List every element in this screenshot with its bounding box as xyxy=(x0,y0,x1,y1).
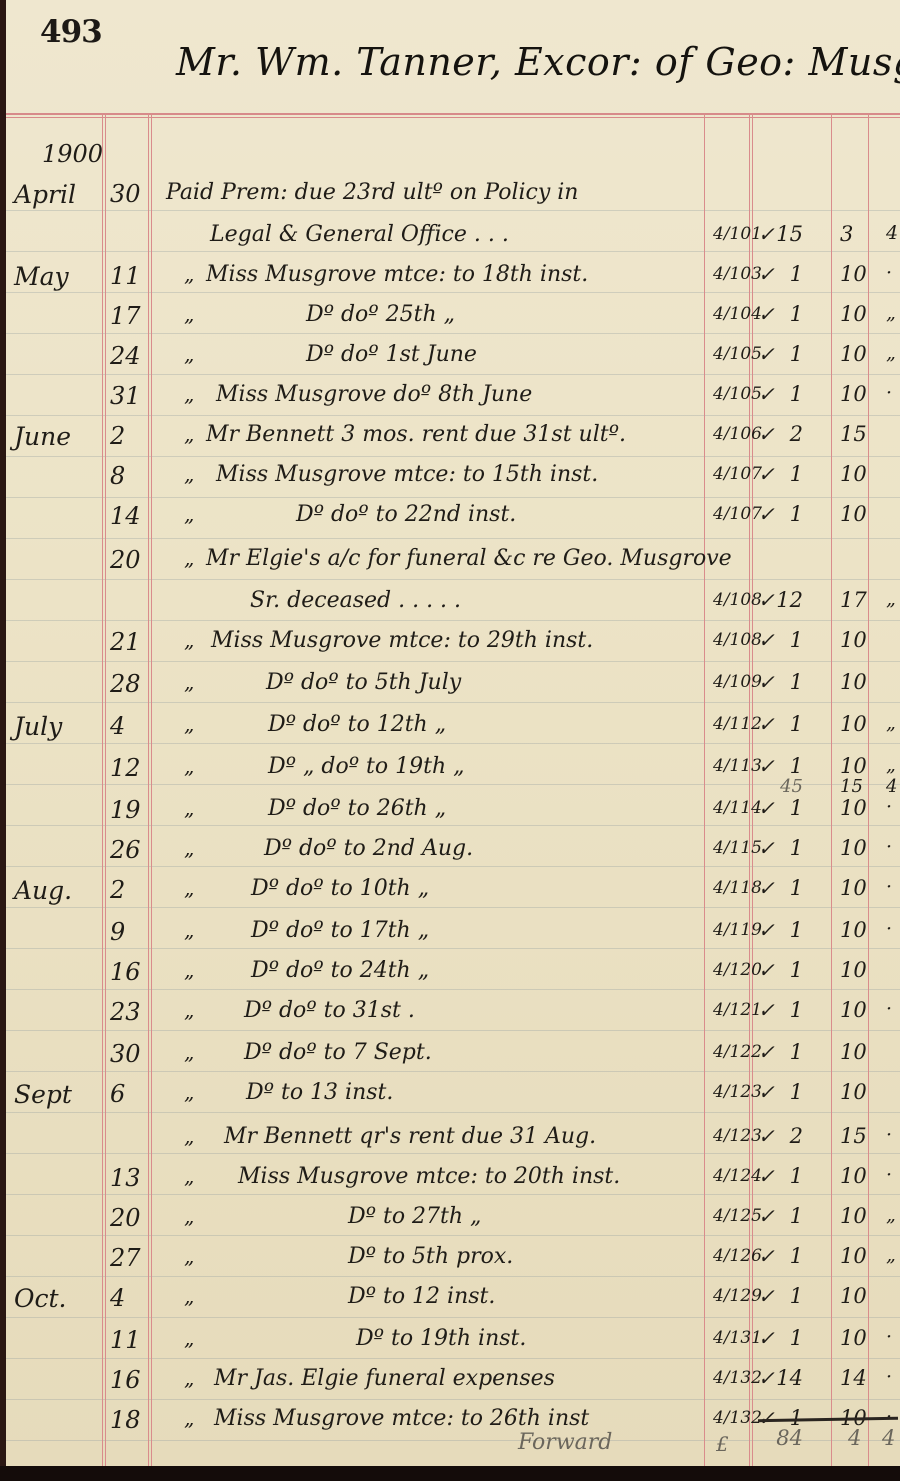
ditto-mark: „ xyxy=(184,382,194,406)
ditto-mark: „ xyxy=(184,1164,194,1188)
entry-month: July xyxy=(14,712,62,741)
currency-symbol: £ xyxy=(716,1432,729,1456)
check-mark-icon: ✓ xyxy=(758,836,775,860)
entry-pounds: 1 xyxy=(790,628,803,652)
ditto-mark: „ xyxy=(184,1204,194,1228)
entry-pounds: 1 xyxy=(790,1040,803,1064)
ledger-page: 493 Mr. Wm. Tanner, Excor: of Geo: Musgr… xyxy=(6,0,900,1466)
entry-pounds: 1 xyxy=(790,958,803,982)
entry-folio-ref: 4/123 xyxy=(713,1082,762,1102)
entry-pounds: 1 xyxy=(790,998,803,1022)
entry-day: 2 xyxy=(110,876,150,904)
entry-pounds: 1 xyxy=(790,1164,803,1188)
entry-month: Aug. xyxy=(14,876,72,905)
entry-pounds: 2 xyxy=(790,1124,803,1148)
entry-pence: 4 xyxy=(886,222,898,244)
header-rule-2 xyxy=(6,117,900,118)
entry-day: 26 xyxy=(110,836,150,864)
ditto-mark: „ xyxy=(184,1284,194,1308)
entry-day: 18 xyxy=(110,1406,150,1434)
entry-pounds: 1 xyxy=(790,918,803,942)
ditto-mark: „ xyxy=(184,998,194,1022)
entry-folio-ref: 4/103 xyxy=(713,264,762,284)
entry-description: Mr Jas. Elgie funeral expenses xyxy=(214,1366,555,1391)
entry-pounds: 1 xyxy=(790,712,803,736)
entry-day: 19 xyxy=(110,796,150,824)
entry-description: Dº doº to 26th „ xyxy=(268,796,446,821)
check-mark-icon: ✓ xyxy=(758,342,775,366)
entry-shillings: 10 xyxy=(840,262,867,286)
entry-shillings: 10 xyxy=(840,1080,867,1104)
entry-pounds: 2 xyxy=(790,422,803,446)
entry-folio-ref: 4/105 xyxy=(713,384,762,404)
entry-pence: · xyxy=(886,998,892,1020)
entry-pounds: 1 xyxy=(790,1080,803,1104)
entry-description: Miss Musgrove mtce: to 29th inst. xyxy=(211,628,593,653)
entry-day: 30 xyxy=(110,1040,150,1068)
entry-description: Mr Bennett 3 mos. rent due 31st ultº. xyxy=(206,422,626,447)
check-mark-icon: ✓ xyxy=(758,958,775,982)
entry-shillings: 10 xyxy=(840,836,867,860)
entry-pounds: 15 xyxy=(776,222,803,246)
entry-day: 4 xyxy=(110,1284,150,1312)
entry-folio-ref: 4/112 xyxy=(713,714,762,734)
entry-folio-ref: 4/104 xyxy=(713,304,762,324)
entry-shillings: 10 xyxy=(840,462,867,486)
subtotal-shillings: 15 xyxy=(840,776,863,797)
entry-description: Dº to 19th inst. xyxy=(356,1326,526,1351)
entry-pounds: 1 xyxy=(790,262,803,286)
ditto-mark: „ xyxy=(184,836,194,860)
entry-pence: · xyxy=(886,918,892,940)
entry-description: Dº doº 1st June xyxy=(306,342,477,367)
entry-pounds: 1 xyxy=(790,1244,803,1268)
entry-description: Dº to 5th prox. xyxy=(348,1244,513,1269)
check-mark-icon: ✓ xyxy=(758,712,775,736)
ditto-mark: „ xyxy=(184,262,194,286)
check-mark-icon: ✓ xyxy=(758,628,775,652)
entry-folio-ref: 4/131 xyxy=(713,1328,762,1348)
account-heading: Mr. Wm. Tanner, Excor: of Geo: Musgrove xyxy=(176,40,900,84)
entry-description: Dº doº to 24th „ xyxy=(251,958,429,983)
entry-description: Dº „ doº to 19th „ xyxy=(268,754,465,779)
entry-pounds: 1 xyxy=(790,754,803,778)
entry-folio-ref: 4/114 xyxy=(713,798,762,818)
entry-folio-ref: 4/119 xyxy=(713,920,762,940)
col-rule-shillings xyxy=(831,113,832,1466)
col-rule-pence xyxy=(868,113,869,1466)
check-mark-icon: ✓ xyxy=(758,1204,775,1228)
entry-pence: „ xyxy=(886,1244,896,1266)
ditto-mark: „ xyxy=(184,302,194,326)
entry-folio-ref: 4/126 xyxy=(713,1246,762,1266)
entry-pence: · xyxy=(886,1366,892,1388)
entry-pence: · xyxy=(886,796,892,818)
entry-description-continued: Legal & General Office . . . xyxy=(210,222,509,247)
folio-number: 493 xyxy=(40,14,102,50)
entry-day: 30 xyxy=(110,180,150,208)
entry-shillings: 10 xyxy=(840,796,867,820)
entry-shillings: 10 xyxy=(840,382,867,406)
check-mark-icon: ✓ xyxy=(758,876,775,900)
entry-day: 28 xyxy=(110,670,150,698)
entry-pence: · xyxy=(886,1124,892,1146)
ditto-mark: „ xyxy=(184,712,194,736)
entry-description: Dº doº to 10th „ xyxy=(251,876,429,901)
entry-pence: „ xyxy=(886,588,896,610)
ditto-mark: „ xyxy=(184,1366,194,1390)
check-mark-icon: ✓ xyxy=(758,1080,775,1104)
ditto-mark: „ xyxy=(184,628,194,652)
entry-month: April xyxy=(14,180,76,209)
entry-day: 21 xyxy=(110,628,150,656)
check-mark-icon: ✓ xyxy=(758,1040,775,1064)
entry-folio-ref: 4/107 xyxy=(713,504,762,524)
entry-pounds: 12 xyxy=(776,588,803,612)
entry-month: Sept xyxy=(14,1080,72,1109)
check-mark-icon: ✓ xyxy=(758,302,775,326)
forward-shillings: 4 xyxy=(848,1426,861,1450)
entry-folio-ref: 4/108 xyxy=(713,630,762,650)
entry-pounds: 1 xyxy=(790,836,803,860)
entry-day: 8 xyxy=(110,462,150,490)
entry-shillings: 15 xyxy=(840,422,867,446)
entry-pounds: 1 xyxy=(790,670,803,694)
ditto-mark: „ xyxy=(184,918,194,942)
entry-day: 17 xyxy=(110,302,150,330)
check-mark-icon: ✓ xyxy=(758,1284,775,1308)
ditto-mark: „ xyxy=(184,670,194,694)
entry-shillings: 10 xyxy=(840,1326,867,1350)
check-mark-icon: ✓ xyxy=(758,222,775,246)
entry-day: 24 xyxy=(110,342,150,370)
entry-shillings: 10 xyxy=(840,958,867,982)
ditto-mark: „ xyxy=(184,422,194,446)
entry-folio-ref: 4/132 xyxy=(713,1408,762,1428)
entry-pounds: 1 xyxy=(790,302,803,326)
entry-pounds: 14 xyxy=(776,1366,803,1390)
check-mark-icon: ✓ xyxy=(758,1244,775,1268)
entry-day: 12 xyxy=(110,754,150,782)
entry-pence: · xyxy=(886,1326,892,1348)
entry-description: Miss Musgrove doº 8th June xyxy=(216,382,532,407)
ditto-mark: „ xyxy=(184,958,194,982)
subtotal-pounds: 45 xyxy=(780,776,803,797)
entry-pounds: 1 xyxy=(790,1326,803,1350)
entry-day: 31 xyxy=(110,382,150,410)
check-mark-icon: ✓ xyxy=(758,796,775,820)
check-mark-icon: ✓ xyxy=(758,670,775,694)
entry-description: Dº to 13 inst. xyxy=(246,1080,393,1105)
entry-folio-ref: 4/105 xyxy=(713,344,762,364)
entry-day: 9 xyxy=(110,918,150,946)
entry-folio-ref: 4/122 xyxy=(713,1042,762,1062)
entry-folio-ref: 4/120 xyxy=(713,960,762,980)
entry-day: 2 xyxy=(110,422,150,450)
check-mark-icon: ✓ xyxy=(758,1366,775,1390)
entry-folio-ref: 4/106 xyxy=(713,424,762,444)
entry-description: Miss Musgrove mtce: to 18th inst. xyxy=(206,262,588,287)
entry-description: Dº doº to 2nd Aug. xyxy=(264,836,473,861)
entry-pounds: 1 xyxy=(790,796,803,820)
entry-day: 20 xyxy=(110,546,150,574)
entry-folio-ref: 4/129 xyxy=(713,1286,762,1306)
entry-pence: · xyxy=(886,836,892,858)
entry-shillings: 10 xyxy=(840,1244,867,1268)
entry-description: Dº doº to 5th July xyxy=(266,670,461,695)
entry-pence: „ xyxy=(886,712,896,734)
entry-pence: · xyxy=(886,262,892,284)
entry-shillings: 17 xyxy=(840,588,867,612)
check-mark-icon: ✓ xyxy=(758,998,775,1022)
forward-pounds: 84 xyxy=(776,1426,803,1450)
entry-folio-ref: 4/115 xyxy=(713,838,762,858)
entry-shillings: 10 xyxy=(840,918,867,942)
entry-folio-ref: 4/109 xyxy=(713,672,762,692)
entry-pounds: 1 xyxy=(790,1284,803,1308)
entry-pence: „ xyxy=(886,342,896,364)
entry-shillings: 10 xyxy=(840,670,867,694)
entry-month: June xyxy=(14,422,71,451)
col-rule-month xyxy=(102,113,103,1466)
entry-day: 11 xyxy=(110,262,150,290)
entry-folio-ref: 4/125 xyxy=(713,1206,762,1226)
entry-day: 16 xyxy=(110,1366,150,1394)
ditto-mark: „ xyxy=(184,796,194,820)
entry-pence: · xyxy=(886,876,892,898)
entry-description: Dº doº to 7 Sept. xyxy=(244,1040,432,1065)
entry-pounds: 1 xyxy=(790,502,803,526)
entry-description: Mr Bennett qr's rent due 31 Aug. xyxy=(224,1124,596,1149)
entry-folio-ref: 4/132 xyxy=(713,1368,762,1388)
ditto-mark: „ xyxy=(184,1124,194,1148)
entry-description: Paid Prem: due 23rd ultº on Policy in xyxy=(166,180,578,205)
ditto-mark: „ xyxy=(184,342,194,366)
entry-description: Dº to 27th „ xyxy=(348,1204,481,1229)
entry-folio-ref: 4/107 xyxy=(713,464,762,484)
entry-folio-ref: 4/101 xyxy=(713,224,762,244)
entry-description: Dº doº 25th „ xyxy=(306,302,455,327)
entry-day: 11 xyxy=(110,1326,150,1354)
entry-shillings: 10 xyxy=(840,342,867,366)
entry-description: Miss Musgrove mtce: to 26th inst xyxy=(214,1406,589,1431)
ditto-mark: „ xyxy=(184,1244,194,1268)
entry-description: Dº doº to 31st . xyxy=(244,998,415,1023)
ditto-mark: „ xyxy=(184,1326,194,1350)
ditto-mark: „ xyxy=(184,876,194,900)
entry-shillings: 10 xyxy=(840,502,867,526)
entry-day: 23 xyxy=(110,998,150,1026)
entry-day: 14 xyxy=(110,502,150,530)
entry-description: Miss Musgrove mtce: to 15th inst. xyxy=(216,462,598,487)
entry-folio-ref: 4/113 xyxy=(713,756,762,776)
entry-shillings: 10 xyxy=(840,302,867,326)
ditto-mark: „ xyxy=(184,502,194,526)
entry-folio-ref: 4/118 xyxy=(713,878,762,898)
entry-description: Mr Elgie's a/c for funeral &c re Geo. Mu… xyxy=(206,546,732,571)
entry-pounds: 1 xyxy=(790,382,803,406)
entry-day: 6 xyxy=(110,1080,150,1108)
check-mark-icon: ✓ xyxy=(758,1326,775,1350)
entry-shillings: 10 xyxy=(840,876,867,900)
entry-description: Miss Musgrove mtce: to 20th inst. xyxy=(238,1164,620,1189)
check-mark-icon: ✓ xyxy=(758,1124,775,1148)
check-mark-icon: ✓ xyxy=(758,262,775,286)
check-mark-icon: ✓ xyxy=(758,918,775,942)
entry-pence: „ xyxy=(886,1204,896,1226)
forward-label: Forward xyxy=(518,1430,612,1455)
check-mark-icon: ✓ xyxy=(758,462,775,486)
entry-day: 16 xyxy=(110,958,150,986)
entry-shillings: 10 xyxy=(840,998,867,1022)
entry-pounds: 1 xyxy=(790,876,803,900)
entry-pence: · xyxy=(886,382,892,404)
ditto-mark: „ xyxy=(184,462,194,486)
entry-folio-ref: 4/123 xyxy=(713,1126,762,1146)
subtotal-pence: 4 xyxy=(886,776,897,797)
entry-shillings: 10 xyxy=(840,1284,867,1308)
entry-month: Oct. xyxy=(14,1284,67,1313)
entry-pence: „ xyxy=(886,302,896,324)
check-mark-icon: ✓ xyxy=(758,422,775,446)
check-mark-icon: ✓ xyxy=(758,502,775,526)
year-label: 1900 xyxy=(42,140,103,168)
page-bottom-edge xyxy=(0,1466,900,1481)
entry-folio-ref: 4/124 xyxy=(713,1166,762,1186)
forward-pence: 4 xyxy=(882,1426,895,1450)
ditto-mark: „ xyxy=(184,1040,194,1064)
ditto-mark: „ xyxy=(184,546,194,570)
ditto-mark: „ xyxy=(184,1406,194,1430)
entry-folio-ref: 4/121 xyxy=(713,1000,762,1020)
entry-description-continued: Sr. deceased . . . . . xyxy=(250,588,461,613)
check-mark-icon: ✓ xyxy=(758,382,775,406)
entry-pence: · xyxy=(886,1164,892,1186)
entry-pounds: 1 xyxy=(790,342,803,366)
entry-shillings: 10 xyxy=(840,712,867,736)
entry-description: Dº doº to 22nd inst. xyxy=(296,502,516,527)
entry-pounds: 1 xyxy=(790,1204,803,1228)
entry-shillings: 14 xyxy=(840,1366,867,1390)
entry-description: Dº doº to 17th „ xyxy=(251,918,429,943)
col-rule-folio xyxy=(704,113,705,1466)
entry-folio-ref: 4/108 xyxy=(713,590,762,610)
entry-shillings: 10 xyxy=(840,1164,867,1188)
ditto-mark: „ xyxy=(184,1080,194,1104)
entry-month: May xyxy=(14,262,69,291)
entry-shillings: 3 xyxy=(840,222,853,246)
check-mark-icon: ✓ xyxy=(758,1164,775,1188)
entry-day: 20 xyxy=(110,1204,150,1232)
entry-day: 4 xyxy=(110,712,150,740)
entry-shillings: 10 xyxy=(840,628,867,652)
entry-shillings: 10 xyxy=(840,754,867,778)
ditto-mark: „ xyxy=(184,754,194,778)
entry-shillings: 10 xyxy=(840,1204,867,1228)
header-rule xyxy=(6,113,900,115)
entry-day: 13 xyxy=(110,1164,150,1192)
entry-day: 27 xyxy=(110,1244,150,1272)
entry-shillings: 15 xyxy=(840,1124,867,1148)
entry-shillings: 10 xyxy=(840,1040,867,1064)
entry-description: Dº doº to 12th „ xyxy=(268,712,446,737)
check-mark-icon: ✓ xyxy=(758,588,775,612)
entry-pounds: 1 xyxy=(790,462,803,486)
entry-pence: „ xyxy=(886,754,896,776)
entry-description: Dº to 12 inst. xyxy=(348,1284,495,1309)
check-mark-icon: ✓ xyxy=(758,754,775,778)
